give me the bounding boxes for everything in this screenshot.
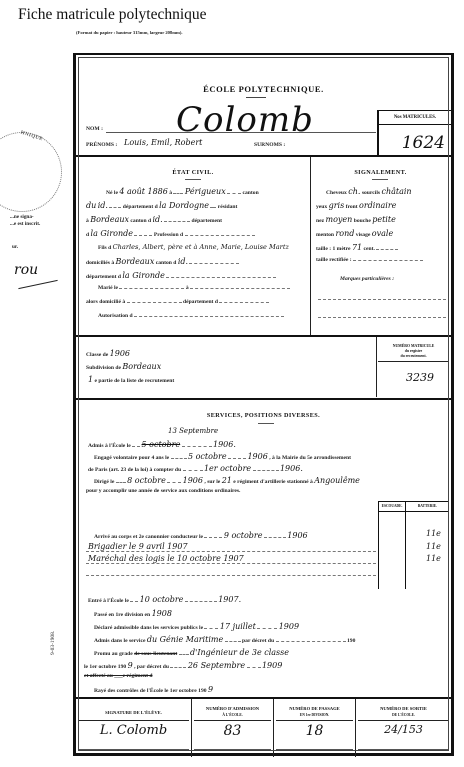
cheveux-value: ch. — [348, 187, 360, 196]
octobre-label: le 1er octobre 190 — [84, 664, 126, 670]
rule-line — [86, 575, 376, 576]
blank — [376, 249, 398, 250]
octobre-value: 9 — [128, 661, 133, 670]
octobre-decret-year: 1909 — [262, 661, 282, 670]
fils-label: Fils d — [98, 245, 111, 251]
residence-departement-prefix: d — [86, 232, 89, 238]
col-batterie-label: BATTERIE. — [406, 504, 449, 508]
prenoms-value: Louis, Emil, Robert — [124, 138, 202, 147]
row-paris: de Paris (art. 23 de la loi) à compter d… — [88, 464, 303, 473]
visage-value: ovale — [372, 229, 393, 238]
arrive-value: 9 octobre — [224, 531, 263, 540]
blank — [185, 601, 217, 602]
etat-civil-title: ÉTAT CIVIL. — [76, 169, 310, 176]
blank — [170, 667, 186, 668]
margin-note: ...ne signa- ...e est inscrit. — [10, 214, 40, 227]
margin-note-line-2: ...e est inscrit. — [10, 221, 40, 228]
row-alors-domicilie: alors domicilié à département d — [86, 299, 269, 305]
cheveux-label: Cheveux — [326, 190, 347, 196]
row-passe: Passé en 1re division en 1908 — [94, 609, 172, 618]
bt-head-rule — [78, 720, 189, 721]
menton-label: menton — [316, 232, 334, 238]
admis-label: Admis à l'École le — [88, 443, 131, 449]
row-cheveux: Cheveux ch. sourcils châtain — [326, 187, 412, 196]
domicile-canton-value: id. — [178, 257, 188, 266]
classe-label: Classe de — [86, 352, 108, 358]
grid-col-batterie — [405, 501, 406, 589]
passage-value: 18 — [274, 723, 355, 739]
blank — [134, 316, 284, 317]
sourcils-value: châtain — [381, 187, 411, 196]
nom-value: Colomb — [176, 100, 314, 140]
bt-cell-admission: NUMÉRO D'ADMISSION À L'ÉCOLE. 83 — [191, 699, 273, 757]
declare-value: 17 juillet — [220, 622, 256, 631]
residence-canton-label: canton d — [130, 218, 151, 224]
marie-label: Marié le — [98, 285, 118, 291]
row-engage: Engagé volontaire pour 4 ans le 5 octobr… — [94, 452, 351, 461]
row-taille-rectifiee: taille rectifiée : — [316, 257, 423, 263]
blank — [219, 302, 269, 303]
arrive-batterie-value: 11e — [426, 529, 441, 538]
bt-head-admission: NUMÉRO D'ADMISSION À L'ÉCOLE. — [192, 706, 273, 718]
taille-rectifiee-label: taille rectifiée : — [316, 257, 352, 263]
entre-year: 1907. — [218, 595, 241, 604]
domicile-departement-label: département d — [86, 274, 121, 280]
etat-civil-rule — [185, 179, 201, 180]
row-naissance: Né le 4 août 1886 à Périgueux canton — [106, 187, 259, 196]
blank — [276, 641, 346, 642]
visage-label: visage — [356, 232, 371, 238]
row-yeux: yeux gris front ordinaire — [316, 201, 396, 210]
rule-line — [86, 551, 376, 552]
paris-label: de Paris (art. 23 de la loi) à compter d… — [88, 467, 181, 473]
par-decret-label: par décret du — [242, 638, 274, 644]
row-profession: d la Gironde Profession d — [86, 229, 255, 238]
canton-prefix: du — [86, 201, 96, 210]
blank — [204, 537, 222, 538]
bt-head-signature: SIGNATURE DE L'ÉLÈVE. — [76, 710, 191, 716]
sortie-value: 24/153 — [356, 723, 451, 736]
arrive-year: 1906 — [287, 531, 307, 540]
matricule-label: Nos MATRICULES. — [379, 115, 451, 125]
divider-header — [76, 155, 451, 157]
nez-value: moyen — [325, 215, 352, 224]
dirige-value: 8 octobre — [127, 476, 166, 485]
bt-cell-sortie: NUMÉRO DE SORTIE DE L'ÉCOLE. 24/153 — [355, 699, 451, 757]
arrive-label: Arrivé au corps et 2e canonnier conducte… — [94, 534, 203, 540]
blank — [204, 628, 218, 629]
declare-label: Déclaré admissible dans les services pub… — [94, 625, 203, 631]
taille-label: taille : 1 mètre — [316, 246, 351, 252]
declare-year: 1909 — [279, 622, 299, 631]
ne-le-value: 4 août 1886 — [119, 187, 168, 196]
marques-label: Marques particulières : — [340, 276, 394, 282]
row-accomplir: pour y accomplir une année de service au… — [86, 488, 240, 494]
row-octobre: le 1er octobre 190 9 , par décret du 26 … — [84, 661, 282, 670]
residence-departement-value: la Gironde — [91, 229, 133, 238]
departement-label: département d — [123, 204, 158, 210]
services-title: SERVICES, POSITIONS DIVERSES. — [76, 412, 451, 419]
margin-note-line-3: ur. — [12, 244, 18, 250]
regiment-lieu-value: Angoulême — [314, 476, 360, 485]
row-promu: Promu au grade de sous-lieutenant d'Ingé… — [94, 648, 289, 657]
bouche-label: bouche — [354, 218, 371, 224]
row-admis: Admis à l'École le 5 octobre 1906. — [88, 440, 236, 449]
a-label: à — [169, 190, 172, 196]
grade-brigadier: Brigadier le 9 avril 1907 — [88, 542, 188, 551]
margin-signature-stroke — [18, 280, 57, 289]
row-parents: Fils d Charles, Albert, père et à Anne, … — [98, 243, 289, 251]
services-rule — [258, 423, 274, 424]
autorisation-label: Autorisation d — [98, 313, 133, 319]
promu-value: d'Ingénieur de 3e classe — [190, 648, 289, 657]
blank — [227, 193, 241, 194]
domicilies-label: domiciliés à — [86, 260, 114, 266]
parents-value: Charles, Albert, père et à Anne, Marie, … — [113, 243, 289, 251]
row-declare: Déclaré admissible dans les services pub… — [94, 622, 299, 631]
blank — [127, 302, 182, 303]
col-escouade-label: ESCOUADE. — [379, 504, 405, 508]
blank — [179, 654, 189, 655]
row-entre: Entré à l'École le 10 octobre 1907. — [88, 595, 241, 604]
dirige-year: 1906 — [183, 476, 203, 485]
row-classe: Classe de 1906 — [86, 349, 130, 358]
blank — [182, 446, 212, 447]
bt-bottom-rule — [194, 749, 271, 750]
engage-label: Engagé volontaire pour 4 ans le — [94, 455, 169, 461]
marques-line-1 — [318, 299, 446, 300]
residence-departement-label: département — [192, 218, 222, 224]
admis-year: 1906. — [213, 440, 236, 449]
blank — [353, 260, 423, 261]
admis-struck-value: 5 octobre — [142, 440, 181, 449]
blank — [132, 446, 140, 447]
row-raye: Rayé des contrôles de l'École le 1er oct… — [94, 685, 213, 694]
divider-vertical-civil — [310, 157, 311, 335]
blank — [190, 288, 290, 289]
decret-year-label: 190 — [347, 638, 355, 644]
matricule-document: ÉCOLE POLYTECHNIQUE. Colomb NOM : PRÉNOM… — [73, 53, 454, 756]
engage-suffix: , à la Mairie du 5e arrondissement — [269, 455, 351, 461]
residence-canton-value: id. — [153, 215, 163, 224]
nom-line — [106, 132, 376, 133]
signalement-title: SIGNALEMENT. — [310, 169, 451, 176]
blank — [171, 458, 187, 459]
matricule-value: 1624 — [402, 133, 445, 153]
partie-value: 1 — [88, 375, 93, 384]
profession-blank — [185, 235, 255, 236]
front-label: front — [346, 204, 358, 210]
bt-head-rule — [358, 720, 449, 721]
entre-value: 10 octobre — [140, 595, 184, 604]
blank — [109, 207, 121, 208]
cent-label: cent. — [364, 246, 375, 252]
ne-le-label: Né le — [106, 190, 118, 196]
row-residence: à Bordeaux canton d id. département — [86, 215, 222, 224]
promu-struck: de sous-lieutenant — [134, 651, 177, 657]
bt-head-sortie-2: DE L'ÉCOLE. — [356, 712, 451, 718]
row-affecte-struck: et affecté au ___e régiment d — [84, 673, 153, 679]
blank — [253, 470, 279, 471]
rule-line — [86, 563, 376, 564]
engage-value: 5 octobre — [188, 452, 227, 461]
passe-label: Passé en 1re division en — [94, 612, 150, 618]
blank — [164, 221, 190, 222]
registre-rule — [378, 361, 449, 362]
grade-brigadier-batterie: 11e — [426, 542, 441, 551]
bt-cell-signature: SIGNATURE DE L'ÉLÈVE. L. Colomb — [76, 699, 191, 757]
subdivision-value: Bordeaux — [122, 362, 161, 371]
surnoms-label: SURNOMS : — [254, 142, 285, 148]
row-autorisation: Autorisation d — [98, 313, 284, 319]
bt-cell-passage: NUMÉRO DE PASSAGE EN 1re DIVISION. 18 — [273, 699, 355, 757]
row-arrive: Arrivé au corps et 2e canonnier conducte… — [94, 531, 308, 540]
side-date: 9-03-1908. — [50, 631, 56, 655]
prenoms-label: PRÉNOMS : — [86, 142, 117, 148]
divider-recrutement — [76, 398, 451, 400]
marques-line-2 — [318, 317, 446, 318]
matricule-box: Nos MATRICULES. 1624 — [377, 110, 451, 155]
row-canton: du id. département d la Dordogne résidan… — [86, 201, 237, 210]
page-title: Fiche matricule polytechnique — [18, 6, 207, 24]
grid-top-rule — [378, 501, 449, 502]
blank — [225, 641, 241, 642]
alors-departement-label: département d — [183, 299, 218, 305]
octobre-decret-value: 26 Septembre — [188, 661, 245, 670]
registre-value: 3239 — [406, 371, 434, 384]
grid-head-rule — [378, 511, 449, 512]
entre-label: Entré à l'École le — [88, 598, 129, 604]
row-dirige: Dirigé le 8 octobre 1906 , sur le 21 e r… — [94, 476, 360, 485]
passe-value: 1908 — [152, 609, 172, 618]
blank — [247, 667, 261, 668]
paris-value: 1er octobre — [204, 464, 251, 473]
format-note: (Format du papier : hauteur 315mm, large… — [76, 30, 183, 35]
taille-value: 71 — [352, 243, 362, 252]
classe-value: 1906 — [110, 349, 130, 358]
divider-civil — [76, 335, 451, 337]
bt-bottom-rule — [358, 749, 449, 750]
registre-label-3: du recrutement. — [376, 354, 451, 359]
dirige-label: Dirigé le — [94, 479, 114, 485]
bt-bottom-rule — [276, 749, 353, 750]
domicile-value: Bordeaux — [116, 257, 155, 266]
profession-label: Profession d — [154, 232, 183, 238]
blank — [166, 277, 276, 278]
yeux-label: yeux — [316, 204, 327, 210]
regiment-label: , sur le — [204, 479, 220, 485]
stamp-icon — [0, 132, 62, 212]
grade-marechal: Maréchal des logis le 10 octobre 1907 — [88, 554, 244, 563]
promu-label: Promu au grade — [94, 651, 133, 657]
paris-year: 1906. — [280, 464, 303, 473]
row-admis-service: Admis dans le service du Génie Maritime … — [94, 635, 355, 644]
regiment-suffix: e régiment d'artillerie stationné à — [233, 479, 313, 485]
row-domicile-departement: département d la Gironde — [86, 271, 276, 280]
blank — [264, 537, 286, 538]
blank — [134, 235, 152, 236]
row-nez: nez moyen bouche petite — [316, 215, 396, 224]
title-rule — [246, 97, 266, 98]
row-domicile: domiciliés à Bordeaux canton d id. — [86, 257, 239, 266]
bt-bottom-rule — [78, 749, 189, 750]
domicile-canton-label: canton d — [156, 260, 177, 266]
blank — [167, 482, 181, 483]
octobre-decret-label: , par décret du — [134, 664, 169, 670]
blank — [210, 207, 216, 208]
row-menton: menton rond visage ovale — [316, 229, 393, 238]
bt-head-rule — [194, 720, 271, 721]
lieu-naissance-value: Périgueux — [185, 187, 226, 196]
grid-col-escouade — [378, 501, 379, 589]
subdivision-label: Subdivision de — [86, 365, 121, 371]
departement-naissance-value: la Dordogne — [159, 201, 209, 210]
alors-domicilie-label: alors domicilié à — [86, 299, 125, 305]
row-partie: 1 e partie de la liste de recrutement — [88, 375, 174, 384]
bouche-value: petite — [372, 215, 396, 224]
admission-value: 83 — [192, 723, 273, 739]
domicile-departement-value: la Gironde — [122, 271, 164, 280]
canton-naissance-value: id. — [98, 201, 108, 210]
bt-head-passage-2: EN 1re DIVISION. — [274, 712, 355, 718]
blank — [257, 628, 277, 629]
registre-label: NUMÉRO MATRICULE du registre du recrutem… — [376, 344, 451, 359]
yeux-value: gris — [329, 201, 345, 210]
row-taille: taille : 1 mètre 71 cent. — [316, 243, 398, 252]
residence-value: Bordeaux — [90, 215, 129, 224]
row-subdivision: Subdivision de Bordeaux — [86, 362, 161, 371]
bt-head-passage: NUMÉRO DE PASSAGE EN 1re DIVISION. — [274, 706, 355, 718]
signature-value: L. Colomb — [76, 723, 191, 738]
admis-correction: 13 Septembre — [168, 427, 218, 435]
blank — [228, 458, 246, 459]
blank — [130, 601, 138, 602]
residence-prefix: à — [86, 218, 89, 224]
front-value: ordinaire — [359, 201, 396, 210]
signalement-rule — [372, 179, 388, 180]
bottom-table: SIGNATURE DE L'ÉLÈVE. L. Colomb NUMÉRO D… — [76, 697, 451, 755]
menton-value: rond — [335, 229, 354, 238]
blank — [183, 470, 203, 471]
raye-value: 9 — [208, 685, 213, 694]
residant-label: résidant — [218, 204, 238, 210]
admis-service-label: Admis dans le service — [94, 638, 145, 644]
blank — [189, 263, 239, 264]
regiment-value: 21 — [222, 476, 232, 485]
admis-service-value: du Génie Maritime — [147, 635, 223, 644]
partie-label: e partie de la liste de recrutement — [95, 378, 175, 384]
blank — [116, 482, 126, 483]
nom-label: NOM : — [86, 126, 103, 132]
sourcils-label: sourcils — [362, 190, 380, 196]
blank — [173, 193, 183, 194]
bt-head-rule — [276, 720, 353, 721]
blank — [119, 288, 184, 289]
bt-head-sortie: NUMÉRO DE SORTIE DE L'ÉCOLE. — [356, 706, 451, 718]
marie-a-label: à — [186, 285, 189, 291]
raye-label: Rayé des contrôles de l'École le 1er oct… — [94, 688, 207, 694]
school-title: ÉCOLE POLYTECHNIQUE. — [76, 84, 451, 94]
margin-signature: rou — [14, 262, 38, 278]
engage-year: 1906 — [247, 452, 267, 461]
row-marie: Marié le à — [98, 285, 290, 291]
canton-label: canton — [243, 190, 259, 196]
bt-head-admission-2: À L'ÉCOLE. — [192, 712, 273, 718]
grade-marechal-batterie: 11e — [426, 554, 441, 563]
nez-label: nez — [316, 218, 324, 224]
